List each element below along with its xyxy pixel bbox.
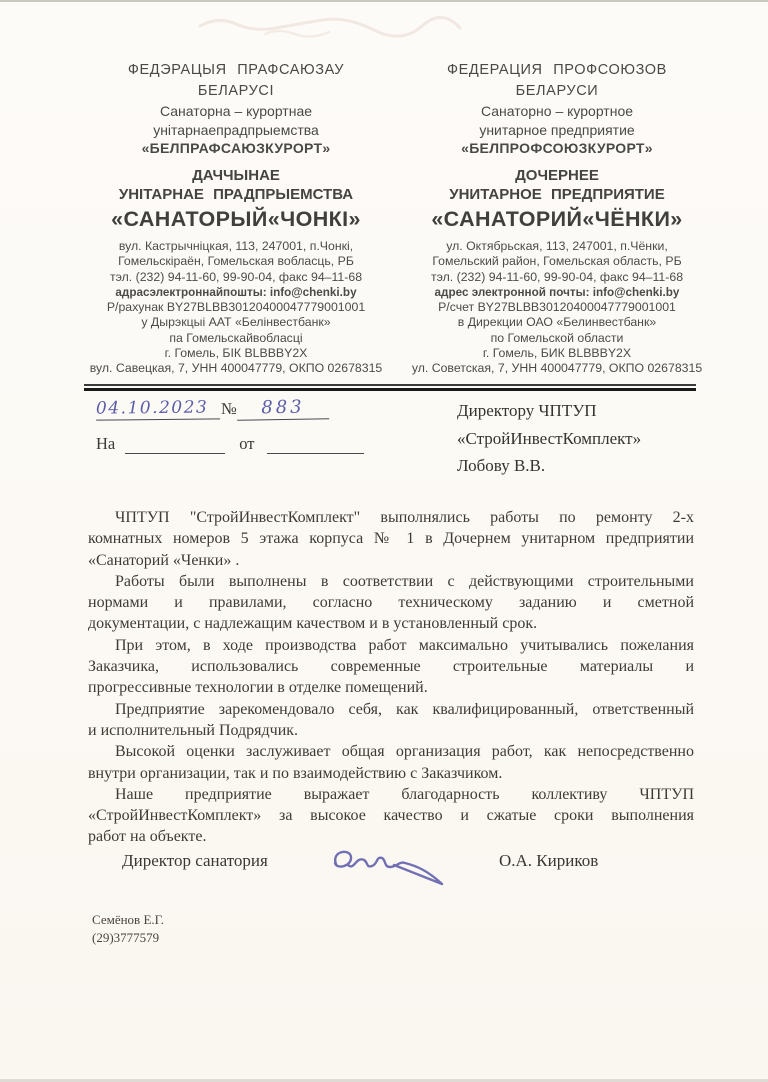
org-type-line2: унитарное предприятие: [396, 121, 718, 140]
handwritten-signature: [318, 838, 453, 896]
unit-type-line2: УНИТАРНОЕ ПРЕДПРИЯТИЕ: [396, 185, 718, 204]
federation-name-line2: БЕЛАРУСІ: [74, 81, 398, 102]
reference-block: 04.10.2023 № 883 На от: [96, 394, 364, 454]
reply-reference-row: На от: [96, 424, 364, 454]
scanned-letter-page: ФЕДЭРАЦЫЯ ПРАФСАЮЗАУ БЕЛАРУСІ Санаторна …: [0, 0, 768, 1082]
letterhead-right-column: ФЕДЕРАЦИЯ ПРОФСОЮЗОВ БЕЛАРУСИ Санаторно …: [396, 60, 718, 377]
paragraph-4: Предприятие зарекомендовало себя, как кв…: [88, 699, 694, 742]
address-email: адрасэлектроннайпошты: info@chenki.by: [74, 285, 398, 300]
bank-name: в Дирекции ОАО «Белинвестбанк»: [396, 315, 718, 330]
executor-contact-block: Семёнов Е.Г. (29)3777579: [92, 911, 164, 947]
body-line: Высокой оценки заслуживает общая организ…: [88, 741, 694, 762]
unit-type-line2: УНІТАРНАЕ ПРАДПРЫЕМСТВА: [74, 185, 398, 204]
federation-name-line1: ФЕДЕРАЦИЯ ПРОФСОЮЗОВ: [396, 60, 718, 81]
paragraph-1: ЧПТУП "СтройИнвестКомплект" выполнялись …: [88, 507, 694, 571]
bank-region: по Гомельской области: [396, 331, 718, 346]
na-label: На: [96, 434, 115, 454]
parent-brand-name: «БЕЛПРОФСОЮЗКУРОРТ»: [396, 139, 718, 158]
signatory-title: Директор санатория: [122, 851, 268, 871]
executor-phone: (29)3777579: [92, 929, 164, 947]
recipient-block: Директору ЧПТУП «СтройИнвестКомплект» Ло…: [457, 397, 707, 480]
unit-type-block: ДАЧЧЫНАЕ УНІТАРНАЕ ПРАДПРЫЕМСТВА: [74, 166, 398, 204]
body-line: нормами и правилами, согласно техническо…: [88, 592, 694, 613]
separator-thick-line: [84, 388, 696, 391]
address-region: Гомельский район, Гомельская область, РБ: [396, 254, 718, 269]
bank-bic: г. Гомель, БІК BLBBBY2X: [74, 346, 398, 361]
body-line: «СтройИнвестКомплект» за высокое качеств…: [88, 805, 694, 826]
bank-ids: ул. Советская, 7, УНН 400047779, ОКПО 02…: [396, 361, 718, 376]
body-line: комнатных номеров 5 этажа корпуса № 1 в …: [88, 528, 694, 549]
paragraph-2: Работы были выполнены в соответствии с д…: [88, 571, 694, 635]
paragraph-3: При этом, в ходе производства работ макс…: [88, 635, 694, 699]
body-line: Предприятие зарекомендовало себя, как кв…: [88, 699, 694, 720]
body-line: Наше предприятие выражает благодарность …: [88, 784, 694, 805]
bank-ids: вул. Савецкая, 7, УНН 400047779, ОКПО 02…: [74, 361, 398, 376]
body-line: «Санаторий «Ченки» .: [88, 550, 694, 571]
org-type-line2: унітарнаепрадпрыемства: [74, 121, 398, 140]
bank-account: Р/счет BY27BLBB30120400047779001001: [396, 300, 718, 315]
handwritten-outgoing-number: 883: [237, 396, 329, 421]
federation-name-line1: ФЕДЭРАЦЫЯ ПРАФСАЮЗАУ: [74, 60, 398, 81]
body-line: внутри организации, так и по взаимодейст…: [88, 763, 694, 784]
unit-type-block: ДОЧЕРНЕЕ УНИТАРНОЕ ПРЕДПРИЯТИЕ: [396, 166, 718, 204]
recipient-company: «СтройИнвестКомплект»: [457, 425, 707, 453]
incoming-date-blank: [267, 435, 364, 454]
federation-name-line2: БЕЛАРУСИ: [396, 81, 718, 102]
unit-type-line1: ДАЧЧЫНАЕ: [74, 166, 398, 185]
body-line: документации, с надлежащим качеством и в…: [88, 613, 694, 634]
recipient-title: Директору ЧПТУП: [457, 397, 707, 425]
bank-bic: г. Гомель, БИК BLBBBY2X: [396, 346, 718, 361]
paragraph-5: Высокой оценки заслуживает общая организ…: [88, 741, 694, 784]
body-line: Заказчика, использовались современные ст…: [88, 656, 694, 677]
address-region: Гомельскіраён, Гомельская вобласць, РБ: [74, 254, 398, 269]
org-type-line1: Санаторно – курортное: [396, 102, 718, 121]
incoming-number-blank: [125, 435, 225, 454]
bank-name: у Дырэкцыі ААТ «Белінвестбанк»: [74, 315, 398, 330]
letter-body: ЧПТУП "СтройИнвестКомплект" выполнялись …: [88, 507, 694, 848]
address-street: ул. Октябрьская, 113, 247001, п.Чёнки,: [396, 239, 718, 254]
signatory-name: О.А. Кириков: [499, 851, 598, 871]
body-line: Работы были выполнены в соответствии с д…: [88, 571, 694, 592]
address-block: ул. Октябрьская, 113, 247001, п.Чёнки, Г…: [396, 239, 718, 377]
recipient-person: Лобову В.В.: [457, 452, 707, 480]
parent-brand-name: «БЕЛПРАФСАЮЗКУРОРТ»: [74, 139, 398, 158]
body-line: При этом, в ходе производства работ макс…: [88, 635, 694, 656]
body-line: ЧПТУП "СтройИнвестКомплект" выполнялись …: [88, 507, 694, 528]
address-phone: тэл. (232) 94-11-60, 99-90-04, факс 94–1…: [74, 270, 398, 285]
date-number-row: 04.10.2023 № 883: [96, 394, 364, 420]
address-email: адрес электронной почты: info@chenki.by: [396, 285, 718, 300]
letterhead-separator-rule: [84, 384, 696, 391]
body-line: прогрессивные технологии в отделке помещ…: [88, 677, 694, 698]
company-name: «САНАТОРЫЙ«ЧОНКІ»: [74, 207, 398, 232]
body-line: и исполнительный Подрядчик.: [88, 720, 694, 741]
org-type-line1: Санаторна – курортнае: [74, 102, 398, 121]
letterhead-left-column: ФЕДЭРАЦЫЯ ПРАФСАЮЗАУ БЕЛАРУСІ Санаторна …: [74, 60, 398, 377]
address-phone: тэл. (232) 94-11-60, 99-90-04, факс 94–1…: [396, 270, 718, 285]
executor-name: Семёнов Е.Г.: [92, 911, 164, 929]
ot-label: от: [239, 434, 254, 454]
ink-bleed-marks: [170, 2, 470, 42]
address-block: вул. Кастрычніцкая, 113, 247001, п.Чонкі…: [74, 239, 398, 377]
unit-type-line1: ДОЧЕРНЕЕ: [396, 166, 718, 185]
address-street: вул. Кастрычніцкая, 113, 247001, п.Чонкі…: [74, 239, 398, 254]
bank-region: па Гомельскайвобласці: [74, 331, 398, 346]
number-sign: №: [221, 399, 237, 420]
company-name: «САНАТОРИЙ«ЧЁНКИ»: [396, 207, 718, 232]
bank-account: Р/рахунак BY27BLBB30120400047779001001: [74, 300, 398, 315]
handwritten-date: 04.10.2023: [96, 397, 220, 420]
